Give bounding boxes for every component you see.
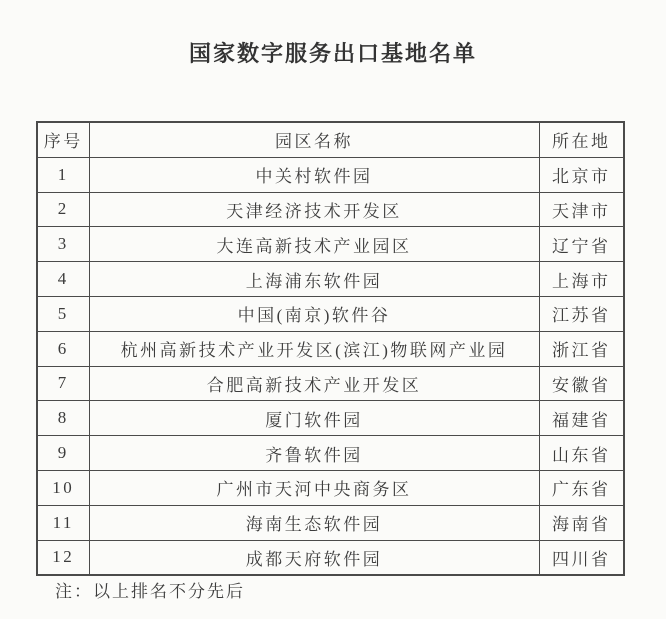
table-row: 3大连高新技术产业园区辽宁省 xyxy=(37,227,624,262)
location-cell: 四川省 xyxy=(539,540,624,575)
table-row: 11海南生态软件园海南省 xyxy=(37,505,624,540)
base-list-table: 序号 园区名称 所在地 1中关村软件园北京市2天津经济技术开发区天津市3大连高新… xyxy=(36,121,625,576)
location-cell: 浙江省 xyxy=(539,331,624,366)
table-row: 5中国(南京)软件谷江苏省 xyxy=(37,296,624,331)
table-row: 9齐鲁软件园山东省 xyxy=(37,436,624,471)
location-cell: 安徽省 xyxy=(539,366,624,401)
location-cell: 山东省 xyxy=(539,436,624,471)
row-number-cell: 6 xyxy=(37,331,89,366)
page-title: 国家数字服务出口基地名单 xyxy=(0,0,666,68)
table-row: 10广州市天河中央商务区广东省 xyxy=(37,470,624,505)
column-header-no: 序号 xyxy=(37,122,89,157)
table-row: 8厦门软件园福建省 xyxy=(37,401,624,436)
table-row: 7合肥高新技术产业开发区安徽省 xyxy=(37,366,624,401)
park-name-cell: 齐鲁软件园 xyxy=(89,436,539,471)
row-number-cell: 3 xyxy=(37,227,89,262)
table-row: 2天津经济技术开发区天津市 xyxy=(37,192,624,227)
table-row: 1中关村软件园北京市 xyxy=(37,157,624,192)
park-name-cell: 海南生态软件园 xyxy=(89,505,539,540)
row-number-cell: 7 xyxy=(37,366,89,401)
park-name-cell: 天津经济技术开发区 xyxy=(89,192,539,227)
table-header-row: 序号 园区名称 所在地 xyxy=(37,122,624,157)
park-name-cell: 大连高新技术产业园区 xyxy=(89,227,539,262)
column-header-location: 所在地 xyxy=(539,122,624,157)
row-number-cell: 2 xyxy=(37,192,89,227)
park-name-cell: 中关村软件园 xyxy=(89,157,539,192)
footnote: 注：以上排名不分先后 xyxy=(55,577,245,602)
park-name-cell: 上海浦东软件园 xyxy=(89,262,539,297)
document-page: 国家数字服务出口基地名单 序号 园区名称 所在地 1中关村软件园北京市2天津经济… xyxy=(0,0,666,619)
park-name-cell: 成都天府软件园 xyxy=(89,540,539,575)
row-number-cell: 9 xyxy=(37,436,89,471)
location-cell: 广东省 xyxy=(539,470,624,505)
location-cell: 北京市 xyxy=(539,157,624,192)
park-name-cell: 杭州高新技术产业开发区(滨江)物联网产业园 xyxy=(89,331,539,366)
column-header-park-name: 园区名称 xyxy=(89,122,539,157)
row-number-cell: 10 xyxy=(37,470,89,505)
park-name-cell: 厦门软件园 xyxy=(89,401,539,436)
park-name-cell: 合肥高新技术产业开发区 xyxy=(89,366,539,401)
location-cell: 天津市 xyxy=(539,192,624,227)
table-row: 4上海浦东软件园上海市 xyxy=(37,262,624,297)
table-row: 12成都天府软件园四川省 xyxy=(37,540,624,575)
location-cell: 福建省 xyxy=(539,401,624,436)
row-number-cell: 12 xyxy=(37,540,89,575)
row-number-cell: 4 xyxy=(37,262,89,297)
row-number-cell: 8 xyxy=(37,401,89,436)
row-number-cell: 5 xyxy=(37,296,89,331)
park-name-cell: 中国(南京)软件谷 xyxy=(89,296,539,331)
location-cell: 江苏省 xyxy=(539,296,624,331)
table-row: 6杭州高新技术产业开发区(滨江)物联网产业园浙江省 xyxy=(37,331,624,366)
park-name-cell: 广州市天河中央商务区 xyxy=(89,470,539,505)
location-cell: 辽宁省 xyxy=(539,227,624,262)
row-number-cell: 1 xyxy=(37,157,89,192)
location-cell: 海南省 xyxy=(539,505,624,540)
row-number-cell: 11 xyxy=(37,505,89,540)
location-cell: 上海市 xyxy=(539,262,624,297)
